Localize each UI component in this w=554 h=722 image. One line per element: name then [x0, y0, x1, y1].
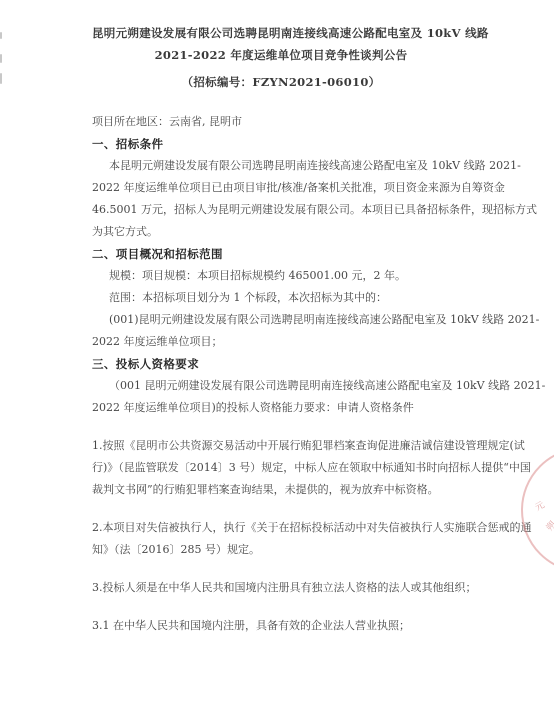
- scan-artifact: [0, 73, 2, 84]
- text-line: 知》（法〔2016〕285 号）规定。: [92, 539, 470, 561]
- document-title-line-1: 昆明元朔建设发展有限公司选聘昆明南连接线高速公路配电室及 10kV 线路: [92, 22, 470, 44]
- document-content: 昆明元朔建设发展有限公司选聘昆明南连接线高速公路配电室及 10kV 线路 202…: [0, 0, 554, 637]
- scan-artifact: [0, 54, 2, 63]
- paragraph: 本昆明元朔建设发展有限公司选聘昆明南连接线高速公路配电室及 10kV 线路 20…: [92, 155, 470, 243]
- text-line: （001 昆明元朔建设发展有限公司选聘昆明南连接线高速公路配电室及 10kV 线…: [92, 375, 470, 397]
- text-line: (001)昆明元朔建设发展有限公司选聘昆明南连接线高速公路配电室及 10kV 线…: [92, 309, 470, 331]
- text-line: 3.投标人须是在中华人民共和国境内注册具有独立法人资格的法人或其他组织；: [92, 577, 470, 599]
- text-line: 行)》（昆监管联发〔2014〕3 号）规定，中标人应在领取中标通知书时向招标人提…: [92, 457, 470, 479]
- paragraph: 3.投标人须是在中华人民共和国境内注册具有独立法人资格的法人或其他组织；: [92, 577, 470, 599]
- project-location: 项目所在地区：云南省, 昆明市: [92, 111, 470, 133]
- text-line: 1.按照《昆明市公共资源交易活动中开展行贿犯罪档案查询促进廉洁诚信建设管理规定(…: [92, 435, 470, 457]
- text-line: 为其它方式。: [92, 221, 470, 243]
- paragraph: 2.本项目对失信被执行人，执行《关于在招标投标活动中对失信被执行人实施联合惩戒的…: [92, 517, 470, 561]
- scan-artifact: [0, 32, 2, 39]
- text-line: 本昆明元朔建设发展有限公司选聘昆明南连接线高速公路配电室及 10kV 线路 20…: [92, 155, 470, 177]
- text-line: 裁判文书网”的行贿犯罪档案查询结果，未提供的，视为放弃中标资格。: [92, 479, 470, 501]
- paragraph: (001)昆明元朔建设发展有限公司选聘昆明南连接线高速公路配电室及 10kV 线…: [92, 309, 470, 353]
- sections: 一、招标条件本昆明元朔建设发展有限公司选聘昆明南连接线高速公路配电室及 10kV…: [92, 133, 470, 637]
- paragraph: 3.1 在中华人民共和国境内注册，具备有效的企业法人营业执照；: [92, 615, 470, 637]
- text-line: 规模：项目规模：本项目招标规模约 465001.00 元，2 年。: [92, 265, 470, 287]
- tender-reference-number: （招标编号：FZYN2021-06010）: [92, 71, 470, 93]
- section-heading: 一、招标条件: [92, 133, 470, 155]
- text-line: 2022 年度运维单位项目已由项目审批/核准/备案机关批准，项目资金来源为自筹资…: [92, 177, 470, 199]
- text-line: 2.本项目对失信被执行人，执行《关于在招标投标活动中对失信被执行人实施联合惩戒的…: [92, 517, 470, 539]
- text-line: 2022 年度运维单位项目)的投标人资格能力要求：申请人资格条件: [92, 397, 470, 419]
- document-title-line-2: 2021-2022 年度运维单位项目竞争性谈判公告: [92, 44, 470, 66]
- text-line: 3.1 在中华人民共和国境内注册，具备有效的企业法人营业执照；: [92, 615, 470, 637]
- paragraph: 规模：项目规模：本项目招标规模约 465001.00 元，2 年。: [92, 265, 470, 287]
- text-line: 范围：本招标项目划分为 1 个标段，本次招标为其中的：: [92, 287, 470, 309]
- paragraph: 范围：本招标项目划分为 1 个标段，本次招标为其中的：: [92, 287, 470, 309]
- section-heading: 二、项目概况和招标范围: [92, 243, 470, 265]
- paragraph: （001 昆明元朔建设发展有限公司选聘昆明南连接线高速公路配电室及 10kV 线…: [92, 375, 470, 419]
- text-line: 2022 年度运维单位项目；: [92, 331, 470, 353]
- document-page: 昆明元朔建设发展有限公司选聘昆明南连接线高速公路配电室及 10kV 线路 202…: [0, 0, 554, 722]
- paragraph: 1.按照《昆明市公共资源交易活动中开展行贿犯罪档案查询促进廉洁诚信建设管理规定(…: [92, 435, 470, 501]
- section-heading: 三、投标人资格要求: [92, 353, 470, 375]
- text-line: 46.5001 万元，招标人为昆明元朔建设发展有限公司。本项目已具备招标条件，现…: [92, 199, 470, 221]
